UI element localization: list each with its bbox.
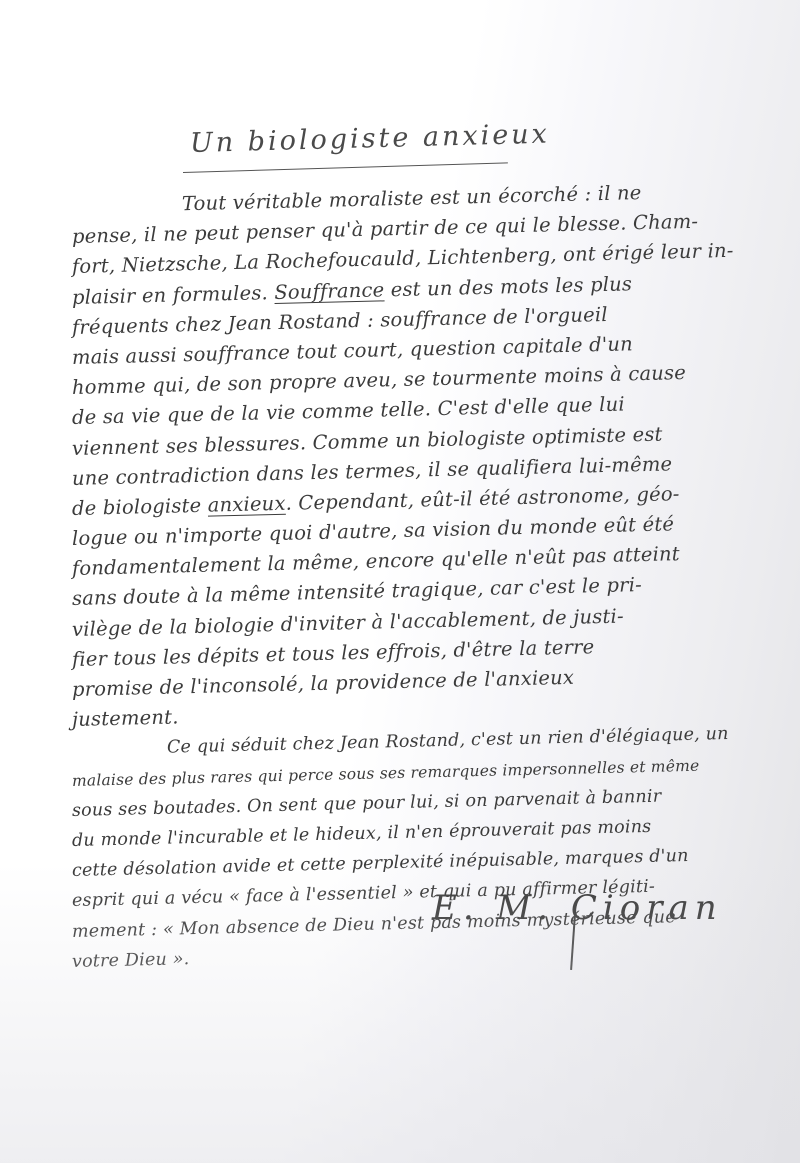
underlined-word: Souffrance: [274, 278, 385, 304]
text-fragment: est un des mots les plus: [384, 272, 632, 301]
title-underline: [183, 162, 508, 173]
manuscript-body: Tout véritable moraliste est un écorché …: [72, 192, 672, 977]
text-fragment: plaisir en formules.: [72, 281, 275, 309]
author-signature: E. M. Cioran: [432, 888, 723, 928]
document-title: Un biologiste anxieux: [190, 119, 551, 159]
underlined-word: anxieux: [207, 492, 285, 517]
text-fragment: de biologiste: [72, 494, 208, 520]
manuscript-page: Un biologiste anxieux Tout véritable mor…: [0, 0, 800, 1163]
